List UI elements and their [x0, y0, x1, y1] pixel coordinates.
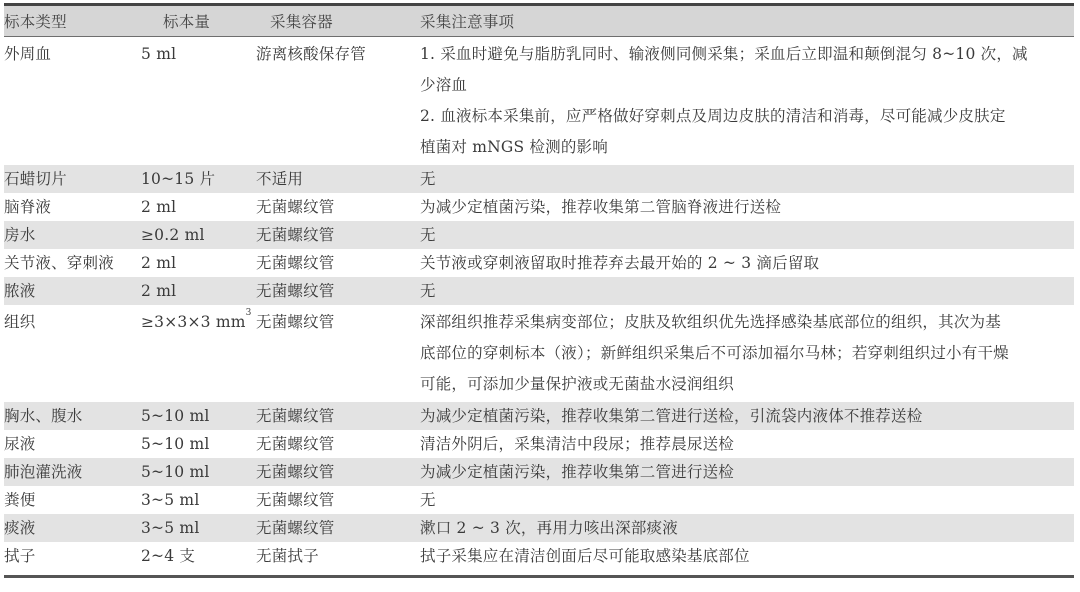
cell-specimen-type: 石蜡切片 — [4, 165, 141, 193]
cell-collection-container: 无菌螺纹管 — [256, 402, 420, 430]
cell-specimen-amount: 2 ml — [141, 249, 256, 277]
note-line: 可能，可添加少量保护液或无菌盐水浸润组织 — [420, 369, 1070, 400]
table-row: 房水 ≥0.2 ml 无菌螺纹管 无 — [4, 221, 1074, 249]
cell-collection-container: 无菌拭子 — [256, 542, 420, 577]
cell-specimen-type: 外周血 — [4, 37, 141, 166]
note-line: 植菌对 mNGS 检测的影响 — [420, 132, 1070, 163]
cell-collection-notes: 为减少定植菌污染，推荐收集第二管进行送检，引流袋内液体不推荐送检 — [420, 402, 1074, 430]
cell-specimen-amount: 5~10 ml — [141, 458, 256, 486]
header-specimen-type: 标本类型 — [4, 5, 141, 37]
note-line: 少溶血 — [420, 70, 1070, 101]
cell-specimen-type: 房水 — [4, 221, 141, 249]
cell-collection-notes: 清洁外阴后，采集清洁中段尿；推荐晨尿送检 — [420, 430, 1074, 458]
cell-specimen-type: 脑脊液 — [4, 193, 141, 221]
table-body: 外周血 5 ml 游离核酸保存管 1. 采血时避免与脂肪乳同时、输液侧同侧采集；… — [4, 37, 1074, 577]
table-row: 关节液、穿刺液 2 ml 无菌螺纹管 关节液或穿刺液留取时推荐弃去最开始的 2 … — [4, 249, 1074, 277]
cell-specimen-amount: 5 ml — [141, 37, 256, 166]
cell-collection-container: 无菌螺纹管 — [256, 221, 420, 249]
table-row: 外周血 5 ml 游离核酸保存管 1. 采血时避免与脂肪乳同时、输液侧同侧采集；… — [4, 37, 1074, 166]
note-line: 底部位的穿刺标本（液）；新鲜组织采集后不可添加福尔马林；若穿刺组织过小有干燥 — [420, 338, 1070, 369]
cell-specimen-type: 尿液 — [4, 430, 141, 458]
cell-specimen-amount: ≥0.2 ml — [141, 221, 256, 249]
cell-collection-notes: 为减少定植菌污染，推荐收集第二管脑脊液进行送检 — [420, 193, 1074, 221]
cell-specimen-type: 脓液 — [4, 277, 141, 305]
note-line: 1. 采血时避免与脂肪乳同时、输液侧同侧采集；采血后立即温和颠倒混匀 8~10 … — [420, 39, 1070, 70]
cell-collection-notes: 深部组织推荐采集病变部位；皮肤及软组织优先选择感染基底部位的组织，其次为基 底部… — [420, 305, 1074, 402]
table-row: 拭子 2~4 支 无菌拭子 拭子采集应在清洁创面后尽可能取感染基底部位 — [4, 542, 1074, 577]
cell-collection-notes: 无 — [420, 165, 1074, 193]
table-header: 标本类型 标本量 采集容器 采集注意事项 — [4, 5, 1074, 37]
cell-specimen-type: 肺泡灌洗液 — [4, 458, 141, 486]
cell-collection-container: 无菌螺纹管 — [256, 430, 420, 458]
cell-specimen-type: 关节液、穿刺液 — [4, 249, 141, 277]
cell-specimen-type: 粪便 — [4, 486, 141, 514]
cell-collection-notes: 漱口 2 ~ 3 次，再用力咳出深部痰液 — [420, 514, 1074, 542]
table-row: 尿液 5~10 ml 无菌螺纹管 清洁外阴后，采集清洁中段尿；推荐晨尿送检 — [4, 430, 1074, 458]
cell-collection-container: 无菌螺纹管 — [256, 305, 420, 402]
cell-specimen-amount: 10~15 片 — [141, 165, 256, 193]
cell-specimen-amount: 2 ml — [141, 193, 256, 221]
cell-specimen-amount: 5~10 ml — [141, 402, 256, 430]
cell-specimen-amount: 2 ml — [141, 277, 256, 305]
table-row: 胸水、腹水 5~10 ml 无菌螺纹管 为减少定植菌污染，推荐收集第二管进行送检… — [4, 402, 1074, 430]
cell-specimen-amount: ≥3×3×3 mm3 — [141, 305, 256, 402]
header-collection-notes: 采集注意事项 — [420, 5, 1074, 37]
table-row: 脓液 2 ml 无菌螺纹管 无 — [4, 277, 1074, 305]
header-specimen-amount: 标本量 — [141, 5, 256, 37]
cell-specimen-type: 痰液 — [4, 514, 141, 542]
cell-specimen-amount: 3~5 ml — [141, 486, 256, 514]
cell-collection-notes: 关节液或穿刺液留取时推荐弃去最开始的 2 ~ 3 滴后留取 — [420, 249, 1074, 277]
cell-specimen-type: 胸水、腹水 — [4, 402, 141, 430]
note-line: 2. 血液标本采集前，应严格做好穿刺点及周边皮肤的清洁和消毒，尽可能减少皮肤定 — [420, 101, 1070, 132]
cell-collection-notes: 无 — [420, 486, 1074, 514]
table-row: 组织 ≥3×3×3 mm3 无菌螺纹管 深部组织推荐采集病变部位；皮肤及软组织优… — [4, 305, 1074, 402]
cell-specimen-type: 组织 — [4, 305, 141, 402]
note-line: 深部组织推荐采集病变部位；皮肤及软组织优先选择感染基底部位的组织，其次为基 — [420, 307, 1070, 338]
specimen-collection-table-container: 标本类型 标本量 采集容器 采集注意事项 外周血 5 ml 游离核酸保存管 1.… — [4, 3, 1074, 578]
table-row: 痰液 3~5 ml 无菌螺纹管 漱口 2 ~ 3 次，再用力咳出深部痰液 — [4, 514, 1074, 542]
cell-collection-notes: 1. 采血时避免与脂肪乳同时、输液侧同侧采集；采血后立即温和颠倒混匀 8~10 … — [420, 37, 1074, 166]
cell-specimen-amount: 2~4 支 — [141, 542, 256, 577]
cell-collection-container: 无菌螺纹管 — [256, 249, 420, 277]
cell-collection-notes: 无 — [420, 221, 1074, 249]
cell-collection-notes: 无 — [420, 277, 1074, 305]
table-row: 脑脊液 2 ml 无菌螺纹管 为减少定植菌污染，推荐收集第二管脑脊液进行送检 — [4, 193, 1074, 221]
amount-superscript: 3 — [246, 308, 252, 318]
cell-specimen-amount: 3~5 ml — [141, 514, 256, 542]
amount-value: ≥3×3×3 mm — [141, 313, 246, 331]
cell-collection-notes: 为减少定植菌污染，推荐收集第二管进行送检 — [420, 458, 1074, 486]
cell-collection-container: 不适用 — [256, 165, 420, 193]
table-row: 粪便 3~5 ml 无菌螺纹管 无 — [4, 486, 1074, 514]
cell-specimen-type: 拭子 — [4, 542, 141, 577]
cell-collection-container: 无菌螺纹管 — [256, 514, 420, 542]
header-row: 标本类型 标本量 采集容器 采集注意事项 — [4, 5, 1074, 37]
table-row: 石蜡切片 10~15 片 不适用 无 — [4, 165, 1074, 193]
table-row: 肺泡灌洗液 5~10 ml 无菌螺纹管 为减少定植菌污染，推荐收集第二管进行送检 — [4, 458, 1074, 486]
cell-collection-container: 无菌螺纹管 — [256, 458, 420, 486]
cell-collection-container: 无菌螺纹管 — [256, 193, 420, 221]
header-collection-container: 采集容器 — [256, 5, 420, 37]
cell-collection-container: 游离核酸保存管 — [256, 37, 420, 166]
specimen-collection-table: 标本类型 标本量 采集容器 采集注意事项 外周血 5 ml 游离核酸保存管 1.… — [4, 3, 1074, 578]
cell-collection-container: 无菌螺纹管 — [256, 277, 420, 305]
cell-collection-notes: 拭子采集应在清洁创面后尽可能取感染基底部位 — [420, 542, 1074, 577]
cell-specimen-amount: 5~10 ml — [141, 430, 256, 458]
cell-collection-container: 无菌螺纹管 — [256, 486, 420, 514]
